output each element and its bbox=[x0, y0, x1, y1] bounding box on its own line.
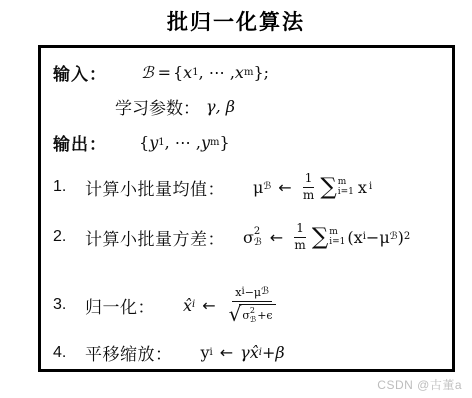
step-2-row: 2. 计算小批量方差： σ 2 ℬ ← 1 m ∑ m i=1 (xi − μ bbox=[53, 222, 410, 253]
step-number: 2. bbox=[53, 228, 85, 246]
xhat-symbol: x̂ bbox=[183, 296, 192, 315]
input-line: 输入： ℬ = { x1 , ⋯ , xm }; bbox=[53, 60, 269, 85]
output-label: 输出： bbox=[53, 130, 107, 155]
fraction: 1 m bbox=[294, 222, 306, 253]
mu-symbol: μ bbox=[254, 286, 261, 299]
params-line: 学习参数： γ, β bbox=[115, 94, 237, 119]
sigma-symbol: σ bbox=[242, 309, 250, 322]
step-number: 1. bbox=[53, 178, 85, 196]
subscript: ℬ bbox=[250, 316, 256, 325]
sigma-sum-symbol: ∑ bbox=[320, 176, 336, 199]
xhat-symbol: x̂ bbox=[250, 343, 259, 362]
math-token: x bbox=[183, 63, 192, 82]
subscript: ℬ bbox=[254, 237, 262, 248]
input-label: 输入： bbox=[53, 60, 107, 85]
algorithm-box: 输入： ℬ = { x1 , ⋯ , xm }; 学习参数： γ, β 输出： … bbox=[38, 45, 455, 372]
sigma-sum-symbol: ∑ bbox=[312, 226, 328, 249]
left-arrow: ← bbox=[220, 343, 233, 362]
subscript: ℬ bbox=[261, 287, 269, 297]
math-token: y bbox=[201, 343, 210, 362]
beta-symbol: β bbox=[275, 343, 284, 362]
sup-sub-stack: 2 ℬ bbox=[250, 307, 256, 325]
input-expression: ℬ = { x1 , ⋯ , xm }; bbox=[139, 63, 269, 82]
plus-sign: + bbox=[257, 309, 266, 322]
step-4-formula: yi ← γ x̂i + β bbox=[201, 343, 285, 362]
sum-lower-limit: i=1 bbox=[329, 237, 345, 248]
watermark: CSDN @古董a bbox=[377, 376, 462, 393]
sum-upper-limit: m bbox=[329, 227, 345, 238]
step-3-row: 3. 归一化： x̂i ← xi − μℬ √ σ 2 bbox=[53, 276, 276, 334]
plus-sign: + bbox=[262, 343, 275, 362]
left-arrow: ← bbox=[278, 178, 291, 197]
math-token: ℬ bbox=[141, 63, 154, 82]
fraction-numerator: 1 bbox=[303, 172, 315, 188]
step-number: 3. bbox=[53, 296, 85, 314]
ellipsis: , ⋯ , bbox=[165, 133, 201, 152]
close-brace: }; bbox=[253, 63, 269, 82]
sum-upper-limit: m bbox=[338, 177, 354, 188]
params-value: γ, β bbox=[206, 97, 235, 116]
subscript: m bbox=[210, 138, 219, 148]
params-label: 学习参数： bbox=[115, 94, 200, 119]
sum-limits: m i=1 bbox=[338, 177, 354, 199]
step-label: 归一化： bbox=[85, 293, 155, 318]
math-token: x bbox=[354, 228, 363, 247]
step-number: 4. bbox=[53, 344, 85, 362]
left-arrow: ← bbox=[270, 228, 283, 247]
ellipsis: , ⋯ , bbox=[199, 63, 235, 82]
subscript: i bbox=[210, 348, 213, 358]
superscript: 2 bbox=[404, 232, 410, 242]
summation: ∑ m i=1 bbox=[320, 176, 354, 199]
step-1-formula: μℬ ← 1 m ∑ m i=1 xi bbox=[253, 172, 372, 203]
fraction: 1 m bbox=[303, 172, 315, 203]
minus-sign: − bbox=[245, 286, 254, 299]
left-arrow: ← bbox=[202, 296, 215, 315]
open-brace: { bbox=[173, 63, 183, 82]
step-label: 计算小批量方差： bbox=[85, 225, 225, 250]
step-4-row: 4. 平移缩放： yi ← γ x̂i + β bbox=[53, 340, 285, 365]
fraction-denominator: m bbox=[294, 238, 305, 253]
fraction-numerator: 1 bbox=[294, 222, 306, 238]
fraction-denominator: m bbox=[303, 188, 314, 203]
math-token: x bbox=[358, 178, 367, 197]
math-token: x bbox=[235, 63, 244, 82]
step-label: 计算小批量均值： bbox=[85, 175, 225, 200]
open-brace: { bbox=[139, 133, 149, 152]
step-3-formula: x̂i ← xi − μℬ √ σ 2 ℬ bbox=[183, 286, 276, 325]
gamma-symbol: γ bbox=[240, 343, 250, 362]
sigma-symbol: σ bbox=[243, 228, 254, 247]
square-root: √ σ 2 ℬ + ϵ bbox=[229, 304, 276, 325]
epsilon-symbol: ϵ bbox=[266, 309, 272, 322]
fraction-numerator: xi − μℬ bbox=[232, 286, 272, 302]
sum-limits: m i=1 bbox=[329, 227, 345, 249]
equals-sign: = bbox=[158, 63, 171, 82]
output-expression: { y1 , ⋯ , ym } bbox=[139, 133, 230, 152]
step-label: 平移缩放： bbox=[85, 340, 173, 365]
step-1-row: 1. 计算小批量均值： μℬ ← 1 m ∑ m i=1 xi bbox=[53, 172, 372, 203]
radicand: σ 2 ℬ + ϵ bbox=[239, 304, 275, 325]
minus-sign: − bbox=[366, 228, 379, 247]
math-token: y bbox=[201, 133, 210, 152]
mu-symbol: μ bbox=[253, 178, 263, 197]
output-line: 输出： { y1 , ⋯ , ym } bbox=[53, 130, 230, 155]
subscript: i bbox=[192, 300, 195, 310]
subscript: ℬ bbox=[263, 182, 271, 192]
close-brace: } bbox=[219, 133, 229, 152]
subscript: m bbox=[244, 68, 253, 78]
math-token: y bbox=[149, 133, 158, 152]
fraction: xi − μℬ √ σ 2 ℬ + ϵ bbox=[229, 286, 276, 325]
superscript: 2 bbox=[254, 226, 262, 237]
subscript: i bbox=[369, 182, 372, 192]
sup-sub-stack: 2 ℬ bbox=[254, 226, 262, 248]
mu-symbol: μ bbox=[379, 228, 389, 247]
subscript: ℬ bbox=[390, 232, 398, 242]
summation: ∑ m i=1 bbox=[312, 226, 346, 249]
fraction-denominator: √ σ 2 ℬ + ϵ bbox=[229, 302, 276, 325]
page-title: 批归一化算法 bbox=[0, 6, 472, 36]
sum-lower-limit: i=1 bbox=[338, 187, 354, 198]
step-2-formula: σ 2 ℬ ← 1 m ∑ m i=1 (xi − μℬ )2 bbox=[243, 222, 410, 253]
